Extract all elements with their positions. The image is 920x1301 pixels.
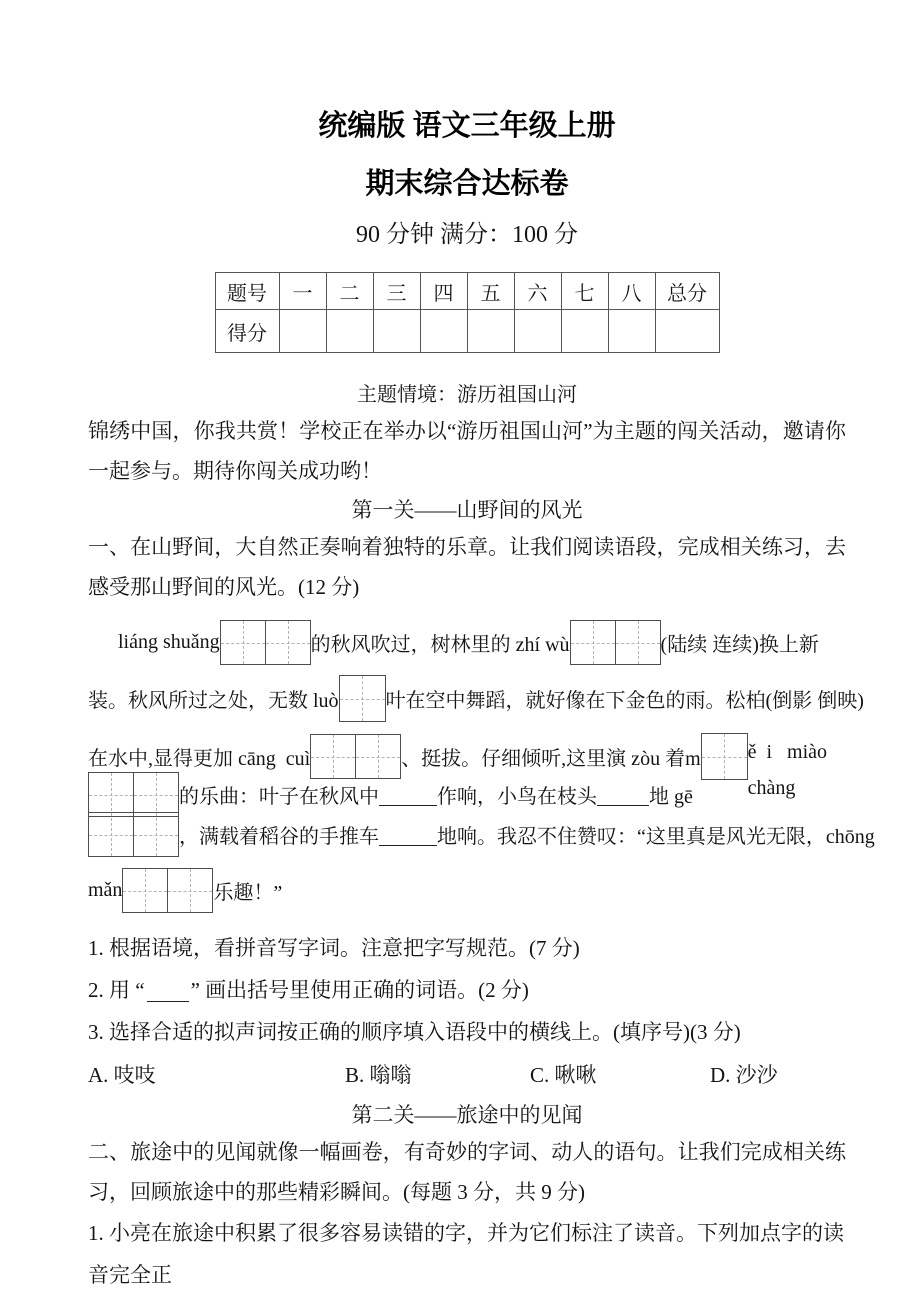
score-table-header: 二 [326,273,373,310]
option-d[interactable]: D. 沙沙 [710,1054,778,1096]
score-table-header: 八 [608,273,655,310]
question-3: 3. 选择合适的拟声词按正确的顺序填入语段中的横线上。(填序号)(3 分) [88,1011,846,1053]
passage-text: 地响。我忍不住赞叹：“这里真是风光无限，chōng [437,820,875,849]
score-cell[interactable] [420,310,467,353]
section1-heading: 第一关——山野间的风光 [88,495,846,525]
score-table-header: 七 [561,273,608,310]
section2-question-1: 1. 小亮在旅途中积累了很多容易读错的字，并为它们标注了读音。下列加点字的读音完… [88,1212,846,1296]
passage-line-6: mǎn 乐趣！” [88,867,282,914]
passage-text: 的乐曲：叶子在秋风中 [179,780,379,809]
pinyin-liang-shuang: liáng shuǎng [118,631,220,654]
section2-intro: 二、旅途中的见闻就像一幅画卷，有奇妙的字词、动人的语句。让我们完成相关练习，回顾… [88,1132,846,1212]
pinyin-man: mǎn [88,879,122,902]
passage-line-2: 装。秋风所过之处，无数 luò 叶在空中舞蹈，就好像在下金色的雨。松柏(倒影 倒… [88,675,864,722]
question-3-options: A. 吱吱 B. 嗡嗡 C. 啾啾 D. 沙沙 [88,1054,846,1096]
page-subtitle: 期末综合达标卷 [88,168,846,200]
pinyin-wrap-column: ě i miào chàng [748,740,827,800]
page-title: 统编版 语文三年级上册 [88,110,846,142]
passage-text: 、挺拔。仔细倾听,这里演 zòu 着m [401,742,700,771]
score-table-header: 六 [514,273,561,310]
score-cell[interactable] [561,310,608,353]
score-cell[interactable] [608,310,655,353]
answer-grid-chongman[interactable] [122,868,213,913]
score-cell[interactable] [514,310,561,353]
score-table-header: 一 [279,273,326,310]
onomatopoeia-blank-1[interactable] [379,783,437,806]
passage-line-1: liáng shuǎng 的秋风吹过，树林里的 zhí wù (陆续 连续)换上… [88,619,819,666]
pinyin-passage: liáng shuǎng 的秋风吹过，树林里的 zhí wù (陆续 连续)换上… [88,609,846,927]
option-b[interactable]: B. 嗡嗡 [345,1054,530,1096]
answer-grid-mei[interactable] [701,733,748,780]
score-table-header: 三 [373,273,420,310]
answer-grid-zhiwu[interactable] [570,620,661,665]
exam-info: 90 分钟 满分：100 分 [88,220,846,250]
passage-text: 在水中,显得更加 cāng cuì [88,742,310,771]
option-a[interactable]: A. 吱吱 [88,1054,345,1096]
question-2-prefix: 2. 用 “ [88,969,145,1011]
passage-text: 地 gē [649,780,693,809]
score-cell[interactable] [467,310,514,353]
pinyin-chang: chàng [748,776,827,800]
score-table-header: 四 [420,273,467,310]
passage-text: 乐趣！” [213,876,282,905]
passage-text: 装。秋风所过之处，无数 luò [88,684,339,713]
option-c[interactable]: C. 啾啾 [530,1054,710,1096]
score-table-header: 题号 [215,273,279,310]
onomatopoeia-blank-2[interactable] [597,783,649,806]
score-table-header: 五 [467,273,514,310]
score-row-label: 得分 [215,310,279,353]
passage-text: ，满载着稻谷的手推车 [179,820,379,849]
section1-intro: 一、在山野间，大自然正奏响着独特的乐章。让我们阅读语段，完成相关练习，去感受那山… [88,527,846,607]
passage-text: 的秋风吹过，树林里的 zhí wù [311,628,570,657]
question-2-suffix: ” 画出括号里使用正确的词语。(2 分) [191,969,529,1011]
answer-grid-gechang[interactable] [88,812,179,857]
score-table-header: 总分 [655,273,719,310]
exam-page: 统编版 语文三年级上册 期末综合达标卷 90 分钟 满分：100 分 题号 一 … [0,0,920,1296]
theme-heading: 主题情境：游历祖国山河 [88,381,846,409]
section2-heading: 第二关——旅途中的见闻 [88,1100,846,1130]
score-cell[interactable] [326,310,373,353]
pinyin-ei-miao: ě i miào [748,740,827,764]
passage-text: 叶在空中舞蹈，就好像在下金色的雨。松柏(倒影 倒映) [386,684,864,713]
question-2: 2. 用 “ ” 画出括号里使用正确的词语。(2 分) [88,969,846,1011]
question-2-underline[interactable] [147,979,189,1002]
question-1: 1. 根据语境，看拼音写字词。注意把字写规范。(7 分) [88,927,846,969]
theme-intro: 锦绣中国，你我共赏！学校正在举办以“游历祖国山河”为主题的闯关活动，邀请你一起参… [88,411,846,491]
score-cell[interactable] [279,310,326,353]
score-table: 题号 一 二 三 四 五 六 七 八 总分 得分 [215,272,720,353]
answer-grid-luo[interactable] [339,675,386,722]
passage-text: 作响，小鸟在枝头 [437,780,597,809]
passage-text: (陆续 连续)换上新 [661,628,819,657]
onomatopoeia-blank-3[interactable] [379,823,437,846]
score-cell[interactable] [373,310,420,353]
passage-line-5: ，满载着稻谷的手推车 地响。我忍不住赞叹：“这里真是风光无限，chōng [88,811,875,858]
answer-grid-liangshuang[interactable] [220,620,311,665]
score-cell[interactable] [655,310,719,353]
